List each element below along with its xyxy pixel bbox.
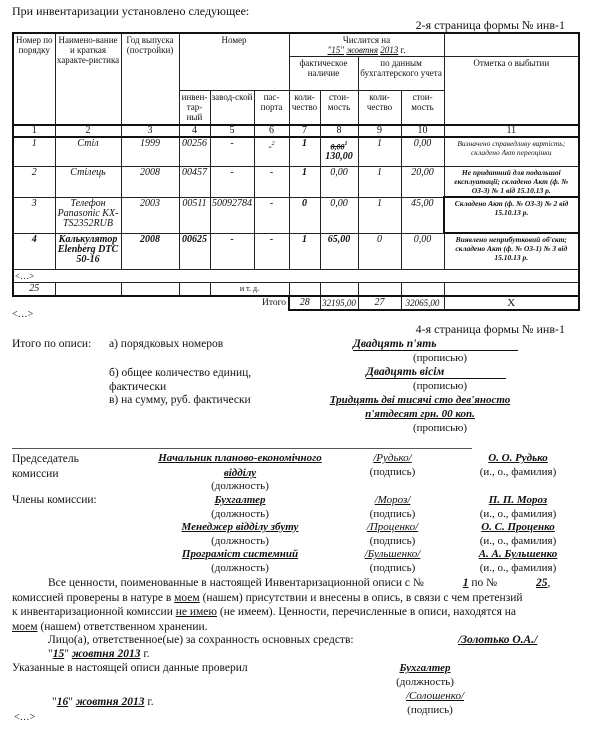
cell-inv: 00625	[179, 233, 210, 269]
cell-year: 2008	[121, 233, 179, 269]
cell-zav: 50092784	[210, 197, 254, 233]
date-month-year: жовтня 2013	[72, 648, 141, 660]
cell-name: Стіл	[55, 137, 121, 167]
table-row: 1 Стіл 1999 00256 - -2 1 0,001130,00 1 0…	[13, 137, 579, 167]
signature-caption: (подпись)	[355, 562, 430, 575]
total-kol-b: 27	[358, 296, 401, 310]
cell-n: 4	[13, 233, 55, 269]
date-suffix: г.	[143, 648, 149, 660]
signature-caption: (подпись)	[355, 535, 430, 548]
chislitsya-day: "15"	[328, 45, 345, 55]
propisyu-caption: (прописью)	[380, 380, 500, 392]
table-row: 2 Стілець 2008 00457 - - 1 0,00 1 20,00 …	[13, 167, 579, 198]
member-position: Менеджер відділу збуту	[160, 521, 320, 534]
cell-n: 3	[13, 197, 55, 233]
cell-zav: -	[210, 137, 254, 167]
col-num: 9	[358, 125, 401, 137]
moem-underlined: моем	[12, 621, 38, 633]
intro-text: При инвентаризации установлено следующее…	[12, 4, 249, 19]
total-otmetka: X	[444, 296, 579, 310]
chislitsya-month: жовтня	[346, 45, 378, 55]
cell-pasp: -	[254, 233, 289, 269]
cell-note: Не придатний для подальшої експлуатації;…	[444, 167, 579, 198]
table-row: 4 Калькулятор Elenberg DTC 50-16 2008 00…	[13, 233, 579, 269]
statement-text: ,	[547, 577, 550, 589]
cell-kol-f: 0	[289, 197, 320, 233]
signature-caption: (подпись)	[390, 704, 470, 717]
chair-label: Председатель комиссии	[12, 452, 102, 482]
member-signature: /Мороз/	[355, 494, 430, 507]
signature-caption: (подпись)	[355, 508, 430, 521]
cell-pasp: -2	[254, 137, 289, 167]
header-st1: стои-мость	[320, 91, 358, 125]
new-value: 130,00	[325, 151, 353, 162]
statement-text: к инвентаризационной комиссии	[12, 606, 173, 618]
date-suffix: г.	[147, 696, 153, 708]
cell-empty	[401, 282, 444, 296]
propisyu-caption: (прописью)	[380, 352, 500, 364]
moem-underlined: моем	[174, 592, 200, 604]
name-caption: (и., о., фамилия)	[458, 508, 578, 521]
header-nomer: Номер	[179, 33, 289, 91]
cell-pasp: -	[254, 167, 289, 198]
totals-label: Итого по описи:	[12, 338, 91, 350]
col-num: 1	[13, 125, 55, 137]
col-num: 4	[179, 125, 210, 137]
to-number: 25	[500, 576, 548, 591]
position-caption: (должность)	[185, 535, 295, 548]
ellipsis-after-table: <…>	[12, 309, 33, 320]
statement-text: по №	[471, 577, 497, 589]
statement-text: Все ценности, поименованные в настоящей …	[48, 577, 424, 589]
ne-imeyu-underlined: не имею	[176, 606, 217, 618]
responsible-date: "15" жовтня 2013 г.	[48, 648, 150, 660]
header-year: Год выпуска (постройки)	[121, 33, 179, 125]
cell-etc: и т. д.	[210, 282, 289, 296]
cell-empty	[444, 282, 579, 296]
members-label: Члены комиссии:	[12, 494, 97, 506]
cell-kol-b: 0	[358, 233, 401, 269]
col-num: 7	[289, 125, 320, 137]
verified-position: Бухгалтер	[385, 662, 465, 675]
cell-name: Калькулятор Elenberg DTC 50-16	[55, 233, 121, 269]
total-st-f: 32195,00	[320, 296, 358, 310]
propisyu-caption: (прописью)	[380, 422, 500, 434]
name-caption: (и., о., фамилия)	[458, 466, 578, 479]
header-st2: стои-мость	[401, 91, 444, 125]
cell-pasp: -	[254, 197, 289, 233]
member-name: О. С. Проценко	[458, 521, 578, 534]
cell-year: 1999	[121, 137, 179, 167]
cell-st-b: 0,00	[401, 137, 444, 167]
total-st-b: 32065,00	[401, 296, 444, 310]
cell-inv: 00511	[179, 197, 210, 233]
table-ellipsis: <…>	[13, 269, 579, 282]
table-row: 3 Телефон Panasonic KX-TS2352RUB 2003 00…	[13, 197, 579, 233]
ellipsis-end: <…>	[14, 712, 35, 723]
cell-empty	[55, 282, 121, 296]
cell-empty	[121, 282, 179, 296]
page-header-2: 2-я страница формы № инв-1	[416, 18, 565, 33]
member-position: Програміст системний	[160, 548, 320, 561]
header-pasp: пас-порта	[254, 91, 289, 125]
cell-empty	[358, 282, 401, 296]
col-num: 6	[254, 125, 289, 137]
cell-kol-b: 1	[358, 197, 401, 233]
cell-name: Телефон Panasonic KX-TS2352RUB	[55, 197, 121, 233]
cell-st-b: 0,00	[401, 233, 444, 269]
position-caption: (должность)	[185, 480, 295, 493]
statement-text: (нашем) ответственном хранении.	[40, 621, 207, 633]
cell-st-b: 45,00	[401, 197, 444, 233]
position-caption: (должность)	[385, 676, 465, 689]
header-otmetka: Отметка о выбытии	[444, 57, 579, 125]
cell-kol-f: 1	[289, 233, 320, 269]
old-value: 0,00	[331, 142, 345, 151]
cell-st-f: 0,00	[320, 167, 358, 198]
member-signature: /Проценко/	[350, 521, 435, 534]
responsible-signature: /Золотько О.А./	[458, 634, 537, 646]
statement-paragraph: Все ценности, поименованные в настоящей …	[12, 576, 568, 634]
cell-kol-f: 1	[289, 167, 320, 198]
verified-date: "16" жовтня 2013 г.	[52, 696, 154, 708]
header-kol2: коли-чество	[358, 91, 401, 125]
header-chislitsya: Числится на "15" жовтня 2013 г.	[289, 33, 444, 57]
chislitsya-year: 2013	[380, 45, 398, 55]
cell-empty	[289, 282, 320, 296]
totals-v-label: в) на сумму, руб. фактически	[109, 394, 251, 406]
cell-empty	[179, 282, 210, 296]
cell-empty	[320, 282, 358, 296]
cell-zav: -	[210, 233, 254, 269]
cell-kol-b: 1	[358, 167, 401, 198]
responsible-label: Лицо(а), ответственное(ые) за сохранност…	[48, 634, 354, 646]
col-num: 11	[444, 125, 579, 137]
cell-n: 2	[13, 167, 55, 198]
header-zavod: завод-ской	[210, 91, 254, 125]
footnote-mark: 1	[345, 141, 348, 147]
inventory-table: Номер по порядку Наимено-вание и краткая…	[12, 32, 580, 311]
cell-note: Виявлено неприбутковий об'єкт; складено …	[444, 233, 579, 269]
header-name: Наимено-вание и краткая характе-ристика	[55, 33, 121, 125]
name-caption: (и., о., фамилия)	[458, 535, 578, 548]
ellipsis-row: <…>	[13, 269, 579, 282]
col-num: 2	[55, 125, 121, 137]
total-label: Итого	[13, 296, 289, 310]
footnote-mark: 2	[272, 141, 275, 147]
chair-position-1: Начальник планово-економічного	[125, 452, 355, 465]
cell-st-f: 65,00	[320, 233, 358, 269]
col-num: 3	[121, 125, 179, 137]
col-num: 10	[401, 125, 444, 137]
chislitsya-suffix: г.	[401, 45, 406, 55]
statement-text: комиссией проверены в натуре в	[12, 592, 171, 604]
cell-name: Стілець	[55, 167, 121, 198]
verified-signature: /Солошенко/	[395, 690, 475, 703]
total-kol-f: 28	[289, 296, 320, 310]
cell-year: 2003	[121, 197, 179, 233]
chair-signature: /Рудько/	[355, 452, 430, 465]
chair-position-2: відділу	[125, 467, 355, 480]
chair-name: О. О. Рудько	[458, 452, 578, 465]
cell-inv: 00457	[179, 167, 210, 198]
cell-zav: -	[210, 167, 254, 198]
cell-note: Складено Акт (ф. № ОЗ-3) № 2 від 15.10.1…	[444, 197, 579, 233]
col-num: 5	[210, 125, 254, 137]
name-caption: (и., о., фамилия)	[458, 562, 578, 575]
totals-a-label: а) порядковых номеров	[109, 338, 223, 350]
header-blank	[444, 33, 579, 57]
cell-n: 1	[13, 137, 55, 167]
cell-note: Визначено справедливу вартість; складено…	[444, 137, 579, 167]
signature-caption: (подпись)	[355, 466, 430, 479]
cell-st-f: 0,00	[320, 197, 358, 233]
chislitsya-label: Числится на	[343, 35, 390, 45]
cell-st-f: 0,001130,00	[320, 137, 358, 167]
totals-v-value-1: Тридцять дві тисячі сто дев'яносто	[320, 394, 520, 406]
date-month-year: жовтня 2013	[76, 696, 145, 708]
cell-st-b: 20,00	[401, 167, 444, 198]
cell-kol-b: 1	[358, 137, 401, 167]
statement-text: (не имеем). Ценности, перечисленные в оп…	[220, 606, 516, 618]
header-buh: по данным бухгалтерского учета	[358, 57, 444, 91]
column-numbers-row: 1 2 3 4 5 6 7 8 9 10 11	[13, 125, 579, 137]
header-kol1: коли-чество	[289, 91, 320, 125]
member-name: А. А. Бульшенко	[458, 548, 578, 561]
total-row: Итого 28 32195,00 27 32065,00 X	[13, 296, 579, 310]
verified-label: Указанные в настоящей описи данные прове…	[12, 662, 248, 674]
header-fakt: фактическое наличие	[289, 57, 358, 91]
totals-v-value-2: п'ятдесят грн. 00 коп.	[320, 408, 520, 420]
totals-b-value: Двадцять вісім	[366, 366, 506, 379]
date-day: 15	[53, 648, 65, 660]
date-day: 16	[57, 696, 69, 708]
header-number: Номер по порядку	[13, 33, 55, 125]
cell-kol-f: 1	[289, 137, 320, 167]
totals-a-value: Двадцять п'ять	[353, 338, 518, 351]
table-row: 25 и т. д.	[13, 282, 579, 296]
cell-n: 25	[13, 282, 55, 296]
col-num: 8	[320, 125, 358, 137]
divider	[12, 448, 472, 449]
from-number: 1	[427, 576, 469, 591]
member-name: П. П. Мороз	[458, 494, 578, 507]
header-inv: инвен-тар-ный	[179, 91, 210, 125]
totals-b-label: б) общее количество единиц, фактически	[109, 366, 309, 394]
member-position: Бухгалтер	[175, 494, 305, 507]
member-signature: /Бульшенко/	[350, 548, 435, 561]
cell-inv: 00256	[179, 137, 210, 167]
position-caption: (должность)	[185, 562, 295, 575]
statement-text: (нашем) присутствии и внесены в опись, в…	[203, 592, 523, 604]
position-caption: (должность)	[185, 508, 295, 521]
cell-year: 2008	[121, 167, 179, 198]
page-header-4: 4-я страница формы № инв-1	[416, 322, 565, 337]
